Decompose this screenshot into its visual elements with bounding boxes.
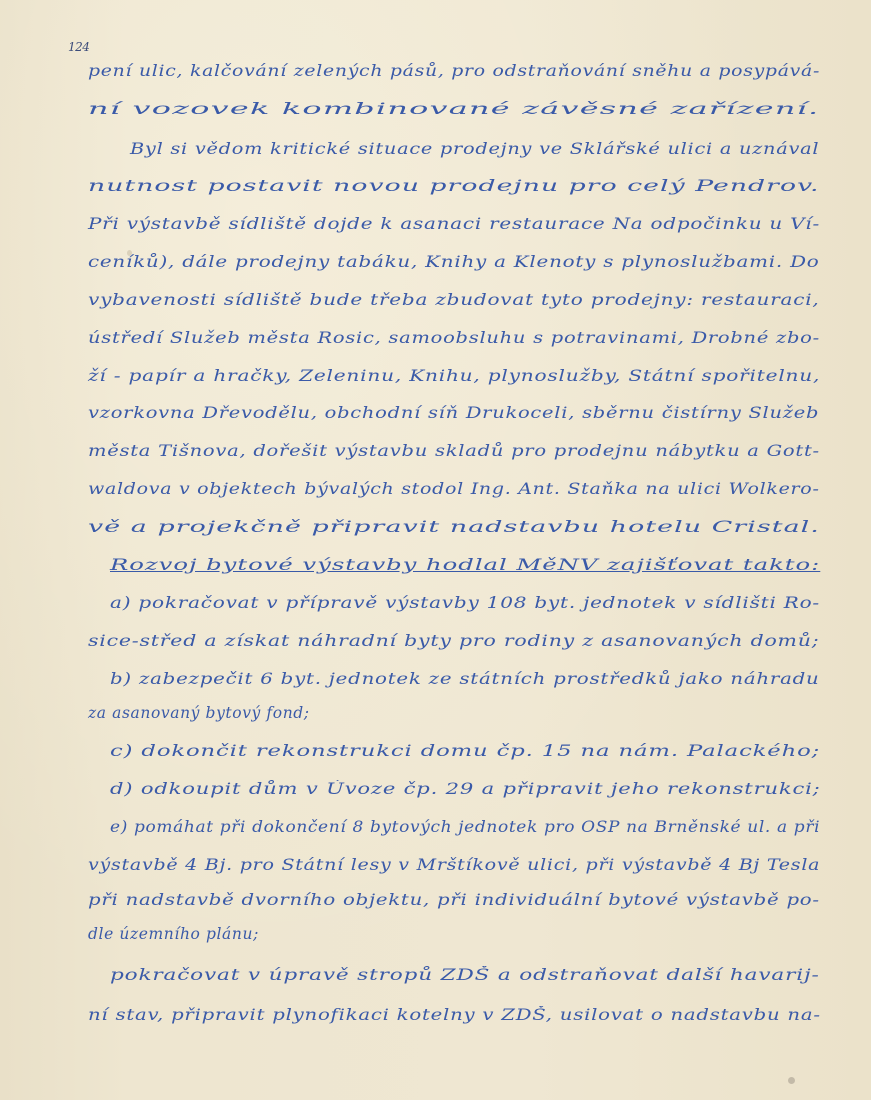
text-line-22: výstavbě 4 Bj. pro Státní lesy v Mrštíko… — [88, 856, 820, 874]
text-line-5: Při výstavbě sídliště dojde k asanaci re… — [88, 215, 820, 233]
text-line-25: pokračovat v úpravě stropů ZDŠ a odstraň… — [110, 966, 820, 984]
text-line-17: b) zabezpečit 6 byt. jednotek ze státníc… — [110, 670, 820, 688]
text-line-19: c) dokončit rekonstrukci domu čp. 15 na … — [110, 742, 820, 760]
text-line-12: waldova v objektech bývalých stodol Ing.… — [88, 480, 820, 498]
text-line-20: d) odkoupit dům v Úvoze čp. 29 a připrav… — [110, 780, 821, 798]
text-line-6: ceníků), dále prodejny tabáku, Knihy a K… — [88, 253, 820, 271]
text-line-10: vzorkovna Dřevodělu, obchodní síň Drukoc… — [88, 404, 819, 422]
page-number: 124 — [68, 40, 89, 54]
manuscript-page: 124 pení ulic, kalčování zelených pásů, … — [0, 0, 871, 1100]
section-heading-housing: Rozvoj bytové výstavby hodlal MěNV zajiš… — [110, 556, 820, 574]
text-line-4: nutnost postavit novou prodejnu pro celý… — [88, 177, 820, 195]
text-line-1: pení ulic, kalčování zelených pásů, pro … — [88, 62, 820, 80]
text-line-2: ní vozovek kombinované závěsné zařízení. — [88, 100, 819, 118]
text-line-23: při nadstavbě dvorního objektu, při indi… — [88, 891, 820, 909]
text-line-18: za asanovaný bytový fond; — [88, 704, 310, 722]
text-line-7: vybavenosti sídliště bude třeba zbudovat… — [88, 291, 820, 309]
text-line-8: ústředí Služeb města Rosic, samoobsluhu … — [88, 329, 820, 347]
text-line-9: ží - papír a hračky, Zeleninu, Knihu, pl… — [88, 367, 820, 385]
text-line-3: Byl si vědom kritické situace prodejny v… — [130, 140, 819, 158]
text-line-15: a) pokračovat v přípravě výstavby 108 by… — [110, 594, 820, 612]
text-line-21: e) pomáhat při dokončení 8 bytových jedn… — [110, 818, 820, 836]
paper-stain — [788, 1077, 795, 1084]
text-line-26: ní stav, připravit plynofikaci kotelny v… — [88, 1006, 821, 1024]
paper-stain — [127, 250, 132, 256]
text-line-11: města Tišnova, dořešit výstavbu skladů p… — [88, 442, 820, 460]
text-line-24: dle územního plánu; — [88, 925, 259, 943]
text-line-16: sice-střed a získat náhradní byty pro ro… — [88, 632, 819, 650]
text-line-13: vě a projekčně připravit nadstavbu hotel… — [88, 518, 820, 536]
